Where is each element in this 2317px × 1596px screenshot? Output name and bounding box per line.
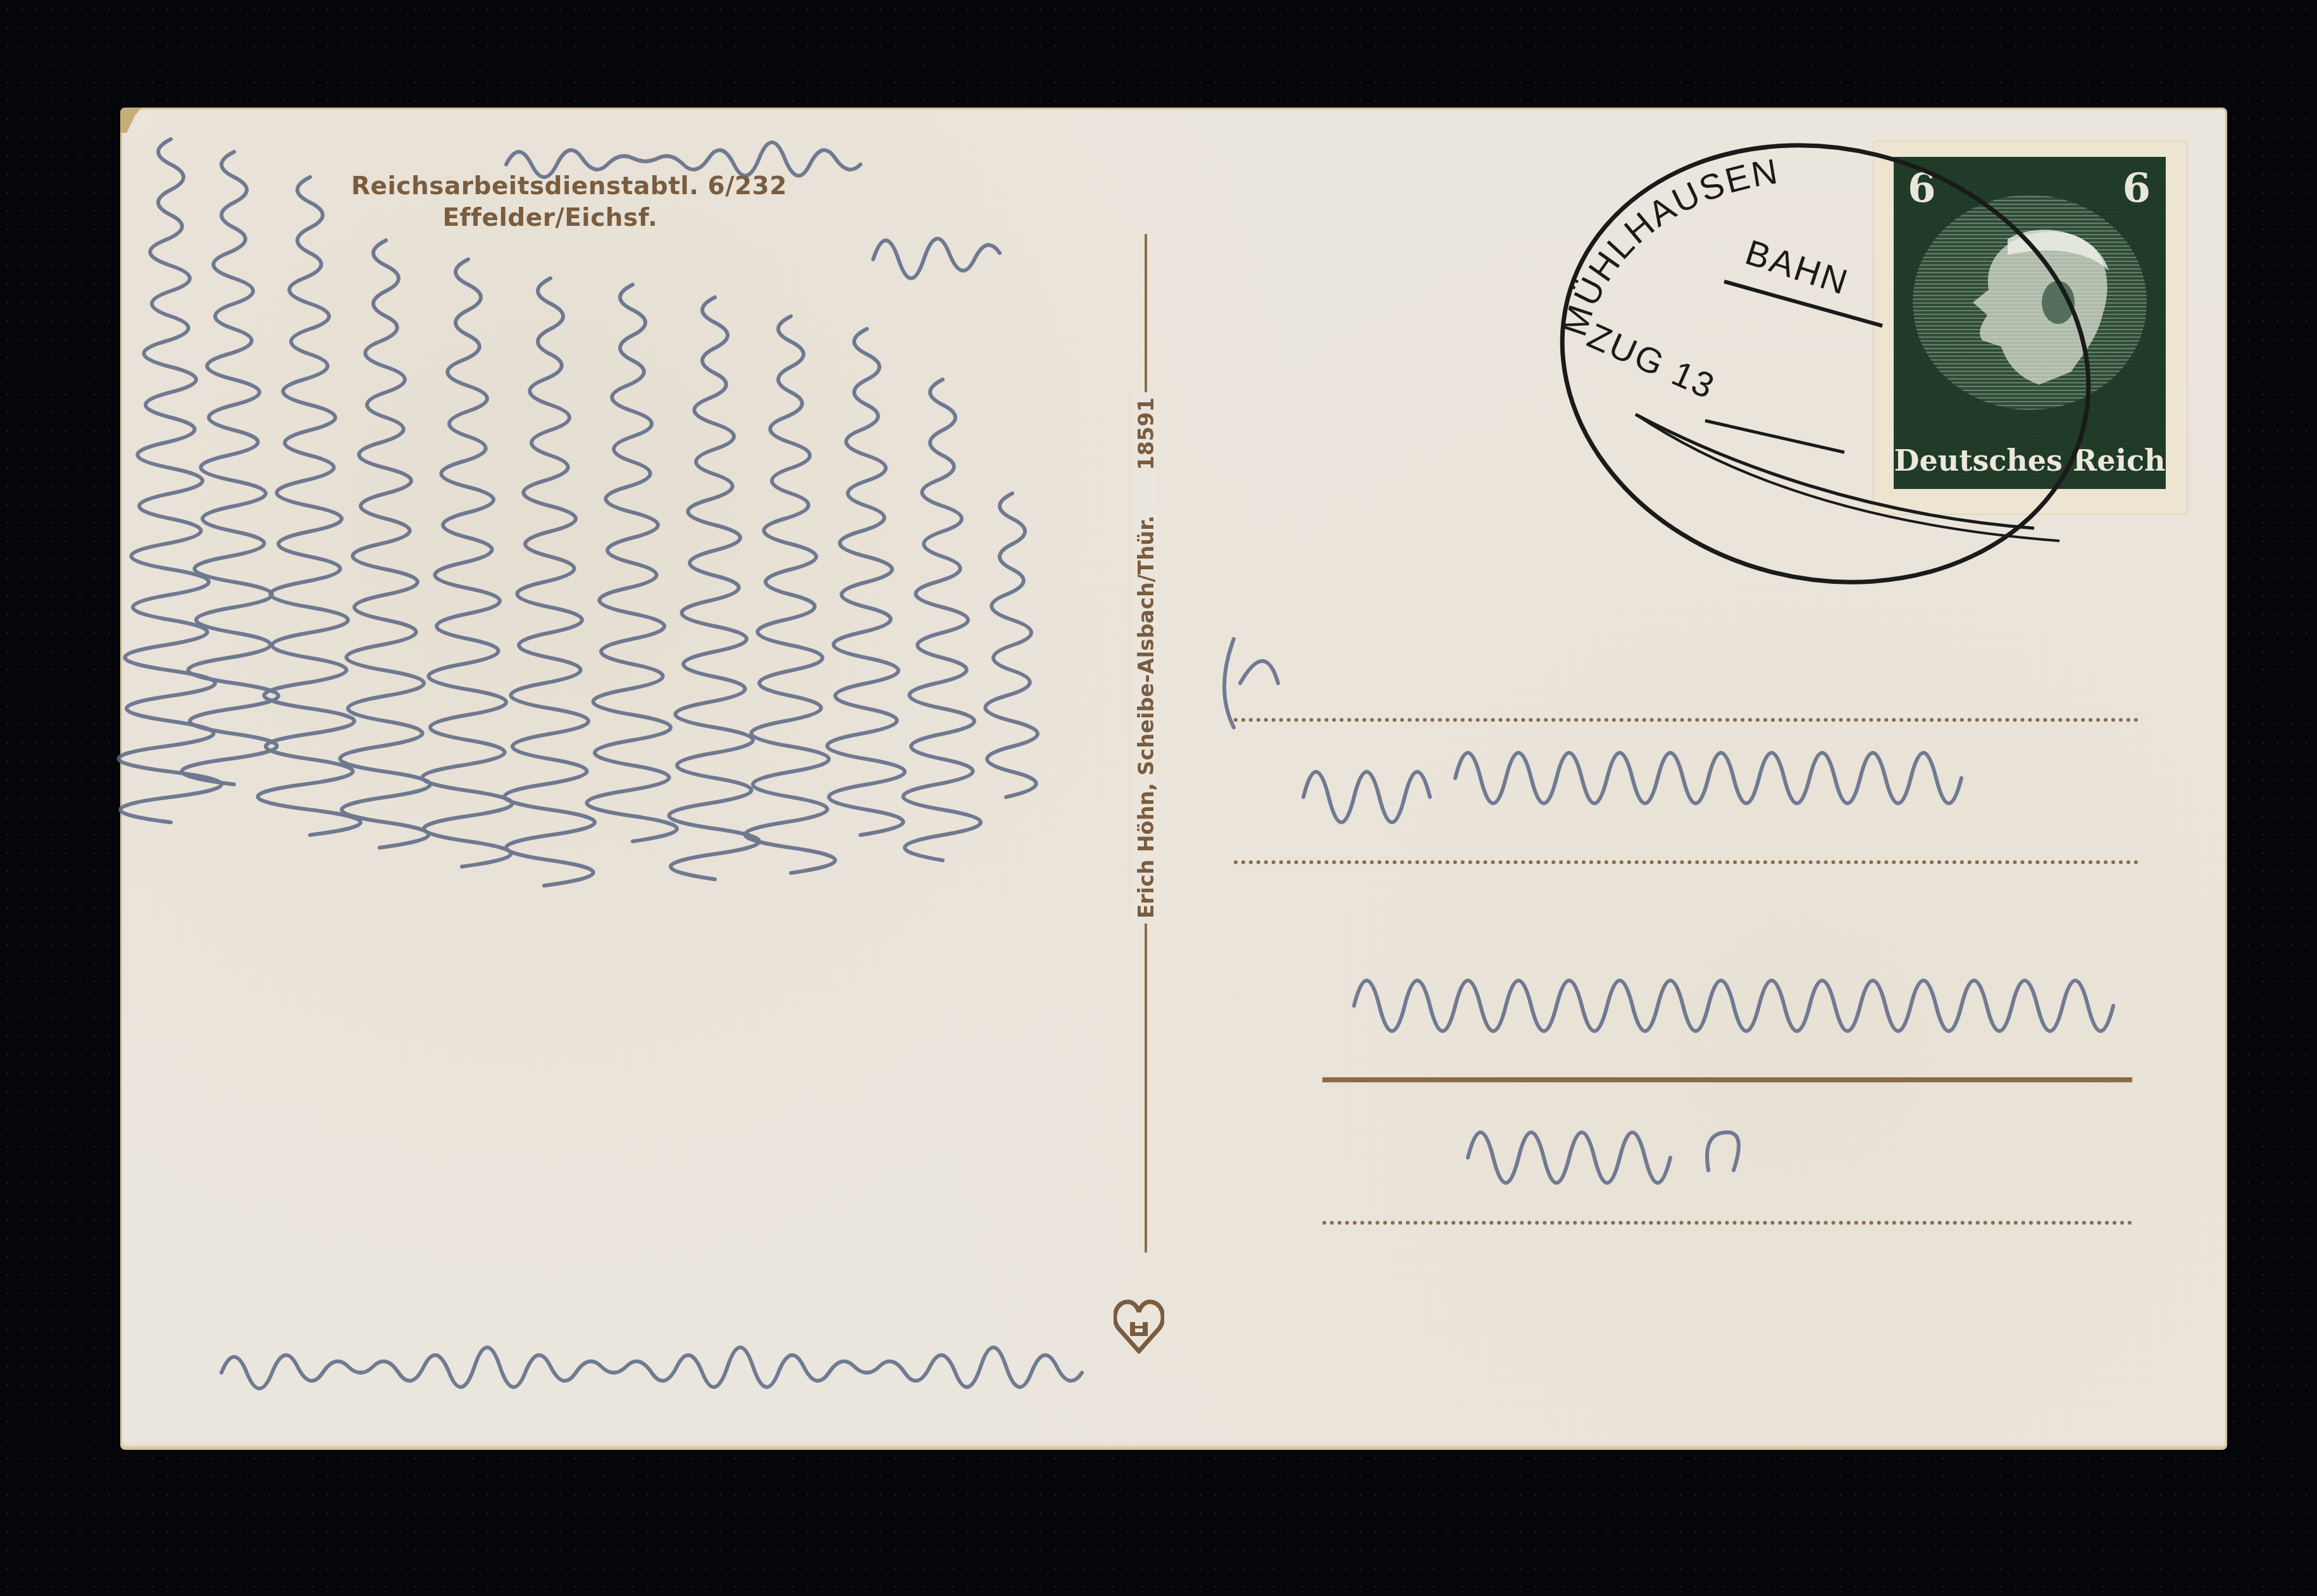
handwritten-message xyxy=(0,0,2317,1596)
